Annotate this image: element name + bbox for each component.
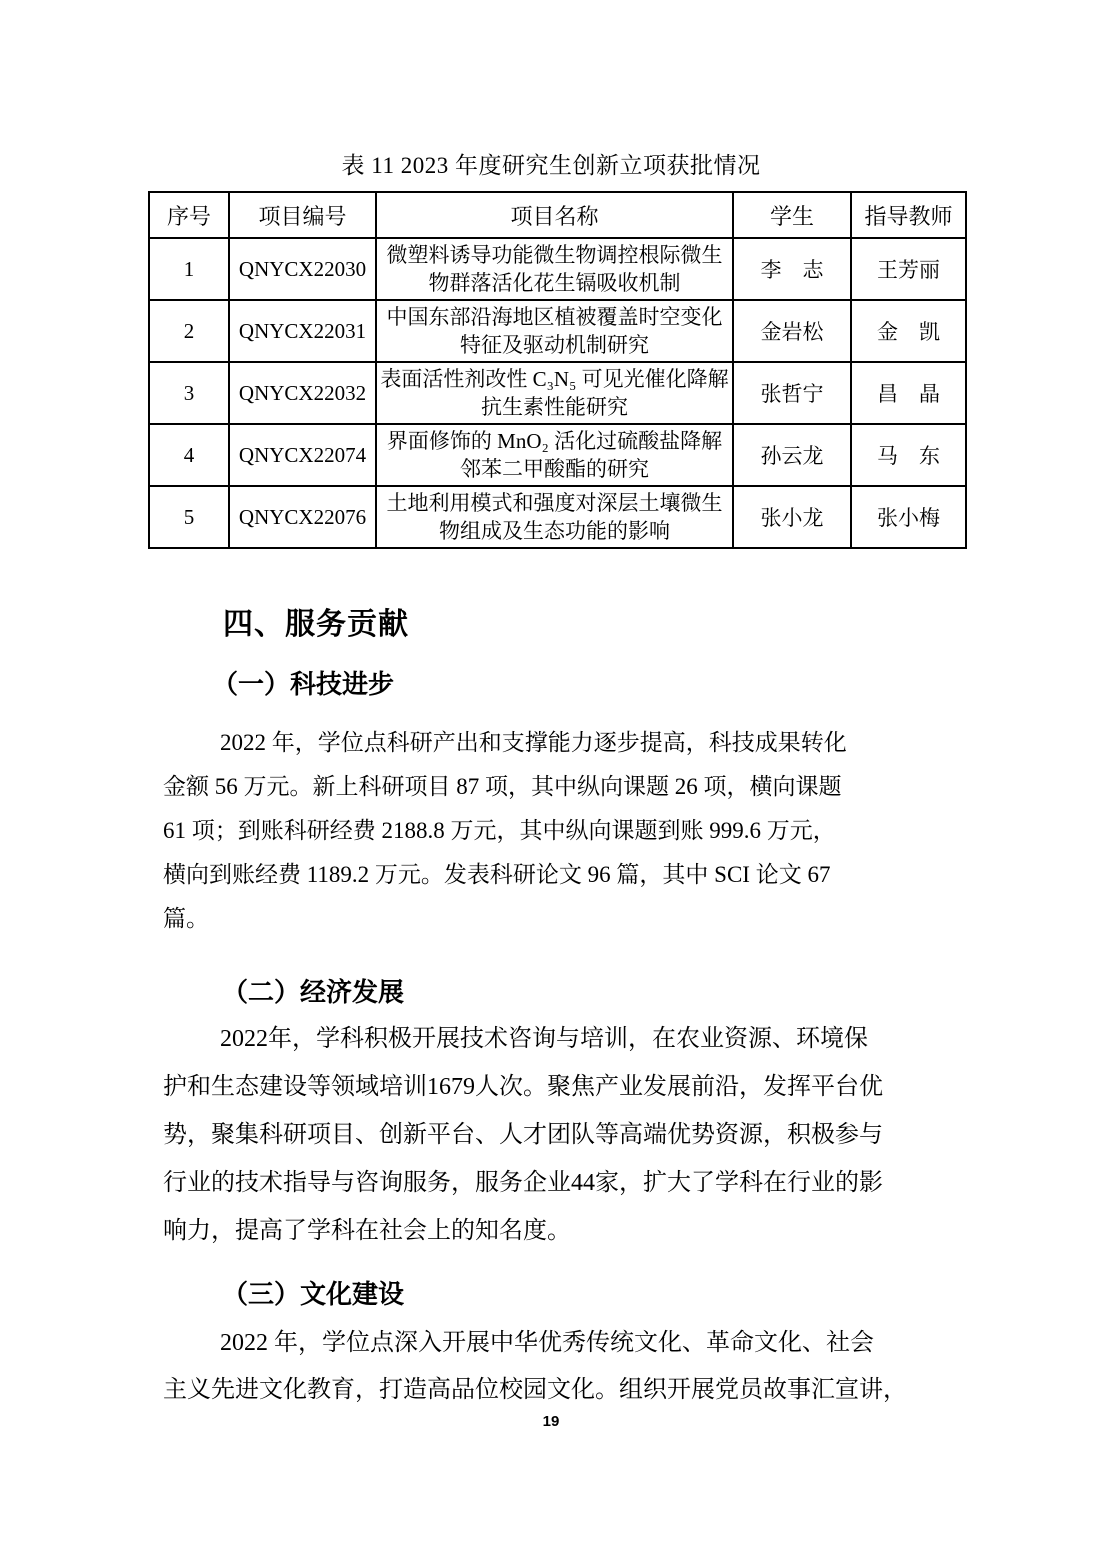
project-name-line-1: 界面修饰的 MnO₂ 活化过硫酸盐降解 [379, 427, 730, 455]
cell-advisor: 王芳丽 [851, 238, 966, 300]
project-name-line-2: 邻苯二甲酸酯的研究 [379, 455, 730, 483]
project-name-line-1: 土地利用模式和强度对深层土壤微生 [379, 489, 730, 517]
paragraph-line: 2022 年，学位点科研产出和支撑能力逐步提高，科技成果转化 [163, 721, 942, 765]
cell-student: 张小龙 [733, 486, 851, 548]
cell-project-code: QNYCX22032 [229, 362, 376, 424]
table-caption: 表 11 2023 年度研究生创新立项获批情况 [0, 151, 1102, 181]
project-name-line-1: 中国东部沿海地区植被覆盖时空变化 [379, 303, 730, 331]
cell-serial-number: 2 [149, 300, 229, 362]
paragraph-economic-development: 2022年，学科积极开展技术咨询与培训，在农业资源、环境保 护和生态建设等领域培… [163, 1015, 942, 1255]
cell-project-code: QNYCX22076 [229, 486, 376, 548]
cell-project-code: QNYCX22074 [229, 424, 376, 486]
paragraph-sci-tech-progress: 2022 年，学位点科研产出和支撑能力逐步提高，科技成果转化 金额 56 万元。… [163, 721, 942, 941]
cell-advisor: 马 东 [851, 424, 966, 486]
table-header-row: 序号 项目编号 项目名称 学生 指导教师 [149, 192, 966, 238]
paragraph-line: 2022年，学科积极开展技术咨询与培训，在农业资源、环境保 [163, 1015, 942, 1063]
paragraph-line: 势，聚集科研项目、创新平台、人才团队等高端优势资源，积极参与 [163, 1111, 942, 1159]
paragraph-culture-building: 2022 年，学位点深入开展中华优秀传统文化、革命文化、社会 主义先进文化教育，… [163, 1320, 942, 1414]
paragraph-line: 响力，提高了学科在社会上的知名度。 [163, 1207, 942, 1255]
table-row: 5 QNYCX22076 土地利用模式和强度对深层土壤微生 物组成及生态功能的影… [149, 486, 966, 548]
cell-student: 李 志 [733, 238, 851, 300]
paragraph-line: 61 项；到账科研经费 2188.8 万元，其中纵向课题到账 999.6 万元， [163, 809, 942, 853]
cell-advisor: 昌 晶 [851, 362, 966, 424]
paragraph-line: 护和生态建设等领域培训1679人次。聚焦产业发展前沿，发挥平台优 [163, 1063, 942, 1111]
project-approval-table: 序号 项目编号 项目名称 学生 指导教师 1 QNYCX22030 微塑料诱导功… [148, 191, 967, 549]
header-student: 学生 [733, 192, 851, 238]
paragraph-line: 篇。 [163, 897, 942, 941]
cell-project-code: QNYCX22030 [229, 238, 376, 300]
subsection-heading-culture-building: （三）文化建设 [222, 1278, 404, 1310]
project-name-line-2: 抗生素性能研究 [379, 393, 730, 421]
header-advisor: 指导教师 [851, 192, 966, 238]
cell-project-code: QNYCX22031 [229, 300, 376, 362]
project-name-line-2: 物组成及生态功能的影响 [379, 517, 730, 545]
paragraph-line: 行业的技术指导与咨询服务，服务企业44家，扩大了学科在行业的影 [163, 1159, 942, 1207]
project-name-line-2: 物群落活化花生镉吸收机制 [379, 269, 730, 297]
project-name-line-2: 特征及驱动机制研究 [379, 331, 730, 359]
cell-serial-number: 5 [149, 486, 229, 548]
document-page: 表 11 2023 年度研究生创新立项获批情况 序号 项目编号 项目名称 学生 … [0, 0, 1102, 1559]
cell-advisor: 张小梅 [851, 486, 966, 548]
cell-project-name: 微塑料诱导功能微生物调控根际微生 物群落活化花生镉吸收机制 [376, 238, 733, 300]
table-row: 2 QNYCX22031 中国东部沿海地区植被覆盖时空变化 特征及驱动机制研究 … [149, 300, 966, 362]
cell-student: 孙云龙 [733, 424, 851, 486]
table-row: 3 QNYCX22032 表面活性剂改性 C₃N₅ 可见光催化降解 抗生素性能研… [149, 362, 966, 424]
paragraph-line: 2022 年，学位点深入开展中华优秀传统文化、革命文化、社会 [163, 1320, 942, 1367]
section-heading-service-contribution: 四、服务贡献 [223, 607, 409, 643]
table-row: 1 QNYCX22030 微塑料诱导功能微生物调控根际微生 物群落活化花生镉吸收… [149, 238, 966, 300]
project-name-line-1: 表面活性剂改性 C₃N₅ 可见光催化降解 [379, 365, 730, 393]
cell-student: 张哲宁 [733, 362, 851, 424]
header-project-name: 项目名称 [376, 192, 733, 238]
cell-project-name: 中国东部沿海地区植被覆盖时空变化 特征及驱动机制研究 [376, 300, 733, 362]
subsection-heading-sci-tech-progress: （一）科技进步 [212, 668, 394, 700]
table-row: 4 QNYCX22074 界面修饰的 MnO₂ 活化过硫酸盐降解 邻苯二甲酸酯的… [149, 424, 966, 486]
cell-student: 金岩松 [733, 300, 851, 362]
cell-project-name: 表面活性剂改性 C₃N₅ 可见光催化降解 抗生素性能研究 [376, 362, 733, 424]
cell-project-name: 土地利用模式和强度对深层土壤微生 物组成及生态功能的影响 [376, 486, 733, 548]
paragraph-line: 金额 56 万元。新上科研项目 87 项，其中纵向课题 26 项，横向课题 [163, 765, 942, 809]
header-project-code: 项目编号 [229, 192, 376, 238]
project-name-line-1: 微塑料诱导功能微生物调控根际微生 [379, 241, 730, 269]
cell-advisor: 金 凯 [851, 300, 966, 362]
header-serial-number: 序号 [149, 192, 229, 238]
cell-serial-number: 4 [149, 424, 229, 486]
paragraph-line: 主义先进文化教育，打造高品位校园文化。组织开展党员故事汇宣讲， [163, 1367, 942, 1414]
cell-project-name: 界面修饰的 MnO₂ 活化过硫酸盐降解 邻苯二甲酸酯的研究 [376, 424, 733, 486]
cell-serial-number: 1 [149, 238, 229, 300]
subsection-heading-economic-development: （二）经济发展 [222, 976, 404, 1008]
cell-serial-number: 3 [149, 362, 229, 424]
page-number: 19 [0, 1413, 1102, 1430]
paragraph-line: 横向到账经费 1189.2 万元。发表科研论文 96 篇，其中 SCI 论文 6… [163, 853, 942, 897]
